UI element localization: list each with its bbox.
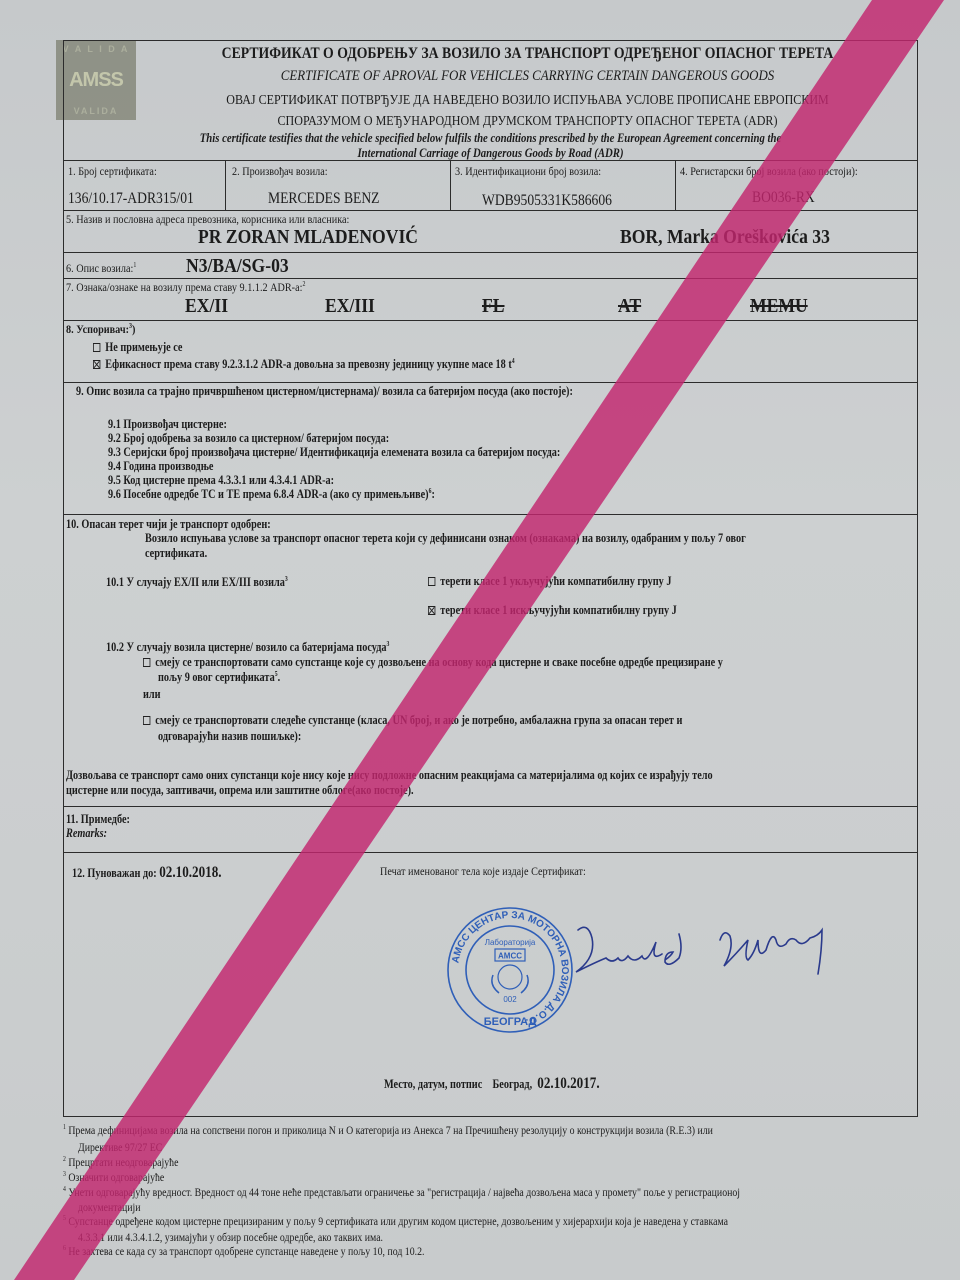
signature [570,920,860,1000]
field-9-1: 9.1 Произвођач цистерне: [108,417,227,432]
or-label: или [143,687,161,702]
adr-code-ex-iii: EX/III [325,295,375,318]
divider [63,278,918,279]
divider [63,160,918,161]
field-10-label: 10. Опасан терет чији је транспорт одобр… [66,517,271,532]
option-class1-including-j[interactable]: терети класе 1 укључујући компатибилну г… [428,574,671,589]
checkbox[interactable] [143,716,150,725]
checkbox-checked[interactable] [93,360,100,369]
registration-number: BO036-RX [752,189,815,207]
divider [63,514,918,515]
field-1-label: 1. Број сертификата: [68,164,157,179]
field-8-label: 8. Успоривач:3) [66,322,135,337]
vehicle-manufacturer: MERCEDES BENZ [268,190,379,208]
field-2-label: 2. Произвођач возила: [232,164,328,179]
vehicle-description: N3/BA/SG-03 [186,255,289,278]
carrier-address: BOR, Marka Oreškovića 33 [620,226,830,249]
field-9-2: 9.2 Број одобрења за возило са цистерном… [108,431,389,446]
divider [63,252,918,253]
field-11-label-en: Remarks: [66,826,107,841]
footnote: 1 Према дефиницијама возила на сопствени… [63,1123,713,1138]
footnote: 5 Супстанце одређене кодом цистерне прец… [63,1214,728,1229]
subtitle-serbian-2: СПОРАЗУМОМ О МЕЂУНАРОДНОМ ДРУМСКОМ ТРАНС… [194,114,861,130]
amss-stamp: АМСС ЦЕНТАР ЗА МОТОРНА ВОЗИЛА Д.О.О. Лаб… [445,905,575,1035]
divider [63,382,918,383]
field-12-label: 12. Пуноважан до: 02.10.2018. [72,864,222,882]
divider [450,160,451,210]
allowed-transport-1: Дозвољава се транспорт само оних супстан… [66,768,713,783]
field-4-label: 4. Регистарски број возила (ако постоји)… [680,164,858,179]
checkbox[interactable] [93,343,100,352]
vehicle-vin: WDB9505331K586606 [482,192,612,210]
retarder-option-not-applicable[interactable]: Не примењује се [93,340,182,355]
checkbox[interactable] [143,658,150,667]
divider [63,806,918,807]
field-9-6: 9.6 Посебне одредбе TC и TE према 6.8.4 … [108,487,435,502]
field-9-3: 9.3 Серијски број произвођача цистерне/ … [108,445,560,460]
divider [675,160,676,210]
footnote: 6 Не захтева се када су за транспорт одо… [63,1244,424,1259]
divider [63,852,918,853]
valid-until-date: 02.10.2018. [159,864,221,881]
subtitle-english-2: International Carriage of Dangerous Good… [123,146,858,161]
option-listed-substances-cont: одговарајући назив пошиљке): [158,729,301,744]
divider [63,210,918,211]
field-9-4: 9.4 Година производње [108,459,213,474]
subtitle-serbian-1: ОВАЈ СЕРТИФИКАТ ПОТВРЂУЈЕ ДА НАВЕДЕНО ВО… [194,93,861,109]
adr-code-at: AT [618,295,641,318]
field-5-label: 5. Назив и пословна адреса превозника, к… [66,212,349,227]
field-9-5: 9.5 Код цистерне према 4.3.3.1 или 4.3.4… [108,473,334,488]
title-serbian: СЕРТИФИКАТ О ОДОБРЕЊУ ЗА ВОЗИЛО ЗА ТРАНС… [194,45,861,63]
field-10-1-label: 10.1 У случају EX/II или EX/III возила3 [106,575,288,590]
issue-date: 02.10.2017. [537,1075,599,1092]
svg-text:Лабораторија: Лабораторија [485,938,536,947]
carrier-name: PR ZORAN MLADENOVIĆ [198,226,418,249]
option-class1-excluding-j[interactable]: терети класе 1 искључујући компатибилну … [428,603,677,618]
stamp-label: Печат именованог тела које издаје Сертиф… [380,864,586,879]
checkbox-checked[interactable] [428,606,435,615]
allowed-transport-2: цистерне или посуда, заптивачи, опрема и… [66,783,414,798]
footnote: 3 Означити одговарајуће [63,1170,164,1185]
adr-code-fl: FL [482,295,504,318]
retarder-option-efficiency[interactable]: Ефикасност према ставу 9.2.3.1.2 ADR-а д… [93,357,515,372]
field-11-label: 11. Примедбе: [66,812,130,827]
option-listed-substances[interactable]: смеју се транспортовати следеће супстанц… [143,713,682,728]
footnote: 2 Прецртати неодговарајуће [63,1155,178,1170]
svg-text:002: 002 [503,995,517,1004]
field-9-label: 9. Опис возила са трајно причвршћеном ци… [76,384,573,399]
field-10-intro-1: Возило испуњава услове за транспорт опас… [145,531,746,546]
footnote: документацији [78,1200,141,1215]
title-english: CERTIFICATE OF APROVAL FOR VEHICLES CARR… [194,68,861,85]
field-6-label: 6. Опис возила:1 [66,261,136,276]
footnote: 4 Унети одговарајућу вредност. Вредност … [63,1185,740,1200]
svg-text:АМСС: АМСС [498,952,522,961]
option-tank-code-substances[interactable]: смеју се транспортовати само супстанце к… [143,655,723,670]
footnote: Директиве 97/27 EC [78,1140,162,1155]
footnote: 4.3.3.1 или 4.3.4.1.2, узимајући у обзир… [78,1230,383,1245]
certificate-number: 136/10.17-ADR315/01 [68,190,194,208]
adr-code-ex-ii: EX/II [185,295,228,318]
subtitle-english-1: This certificate testifies that the vehi… [123,131,858,146]
place-date-signature: Место, датум, потпис Београд, 02.10.2017… [384,1075,600,1093]
svg-text:АМСС ЦЕНТАР ЗА МОТОРНА ВОЗИЛА: АМСС ЦЕНТАР ЗА МОТОРНА ВОЗИЛА Д.О.О. [450,910,570,1027]
divider [225,160,226,210]
divider [63,320,918,321]
field-10-2-label: 10.2 У случају возила цистерне/ возило с… [106,640,389,655]
field-7-label: 7. Ознака/ознаке на возилу према ставу 9… [66,280,305,295]
checkbox[interactable] [428,577,435,586]
svg-text:БЕОГРАД: БЕОГРАД [484,1016,537,1028]
adr-code-memu: MEMU [750,295,808,318]
field-3-label: 3. Идентификациони број возила: [455,164,601,179]
field-10-intro-2: сертификата. [145,546,207,561]
option-tank-code-substances-cont: пољу 9 овог сертификата5. [158,670,280,685]
